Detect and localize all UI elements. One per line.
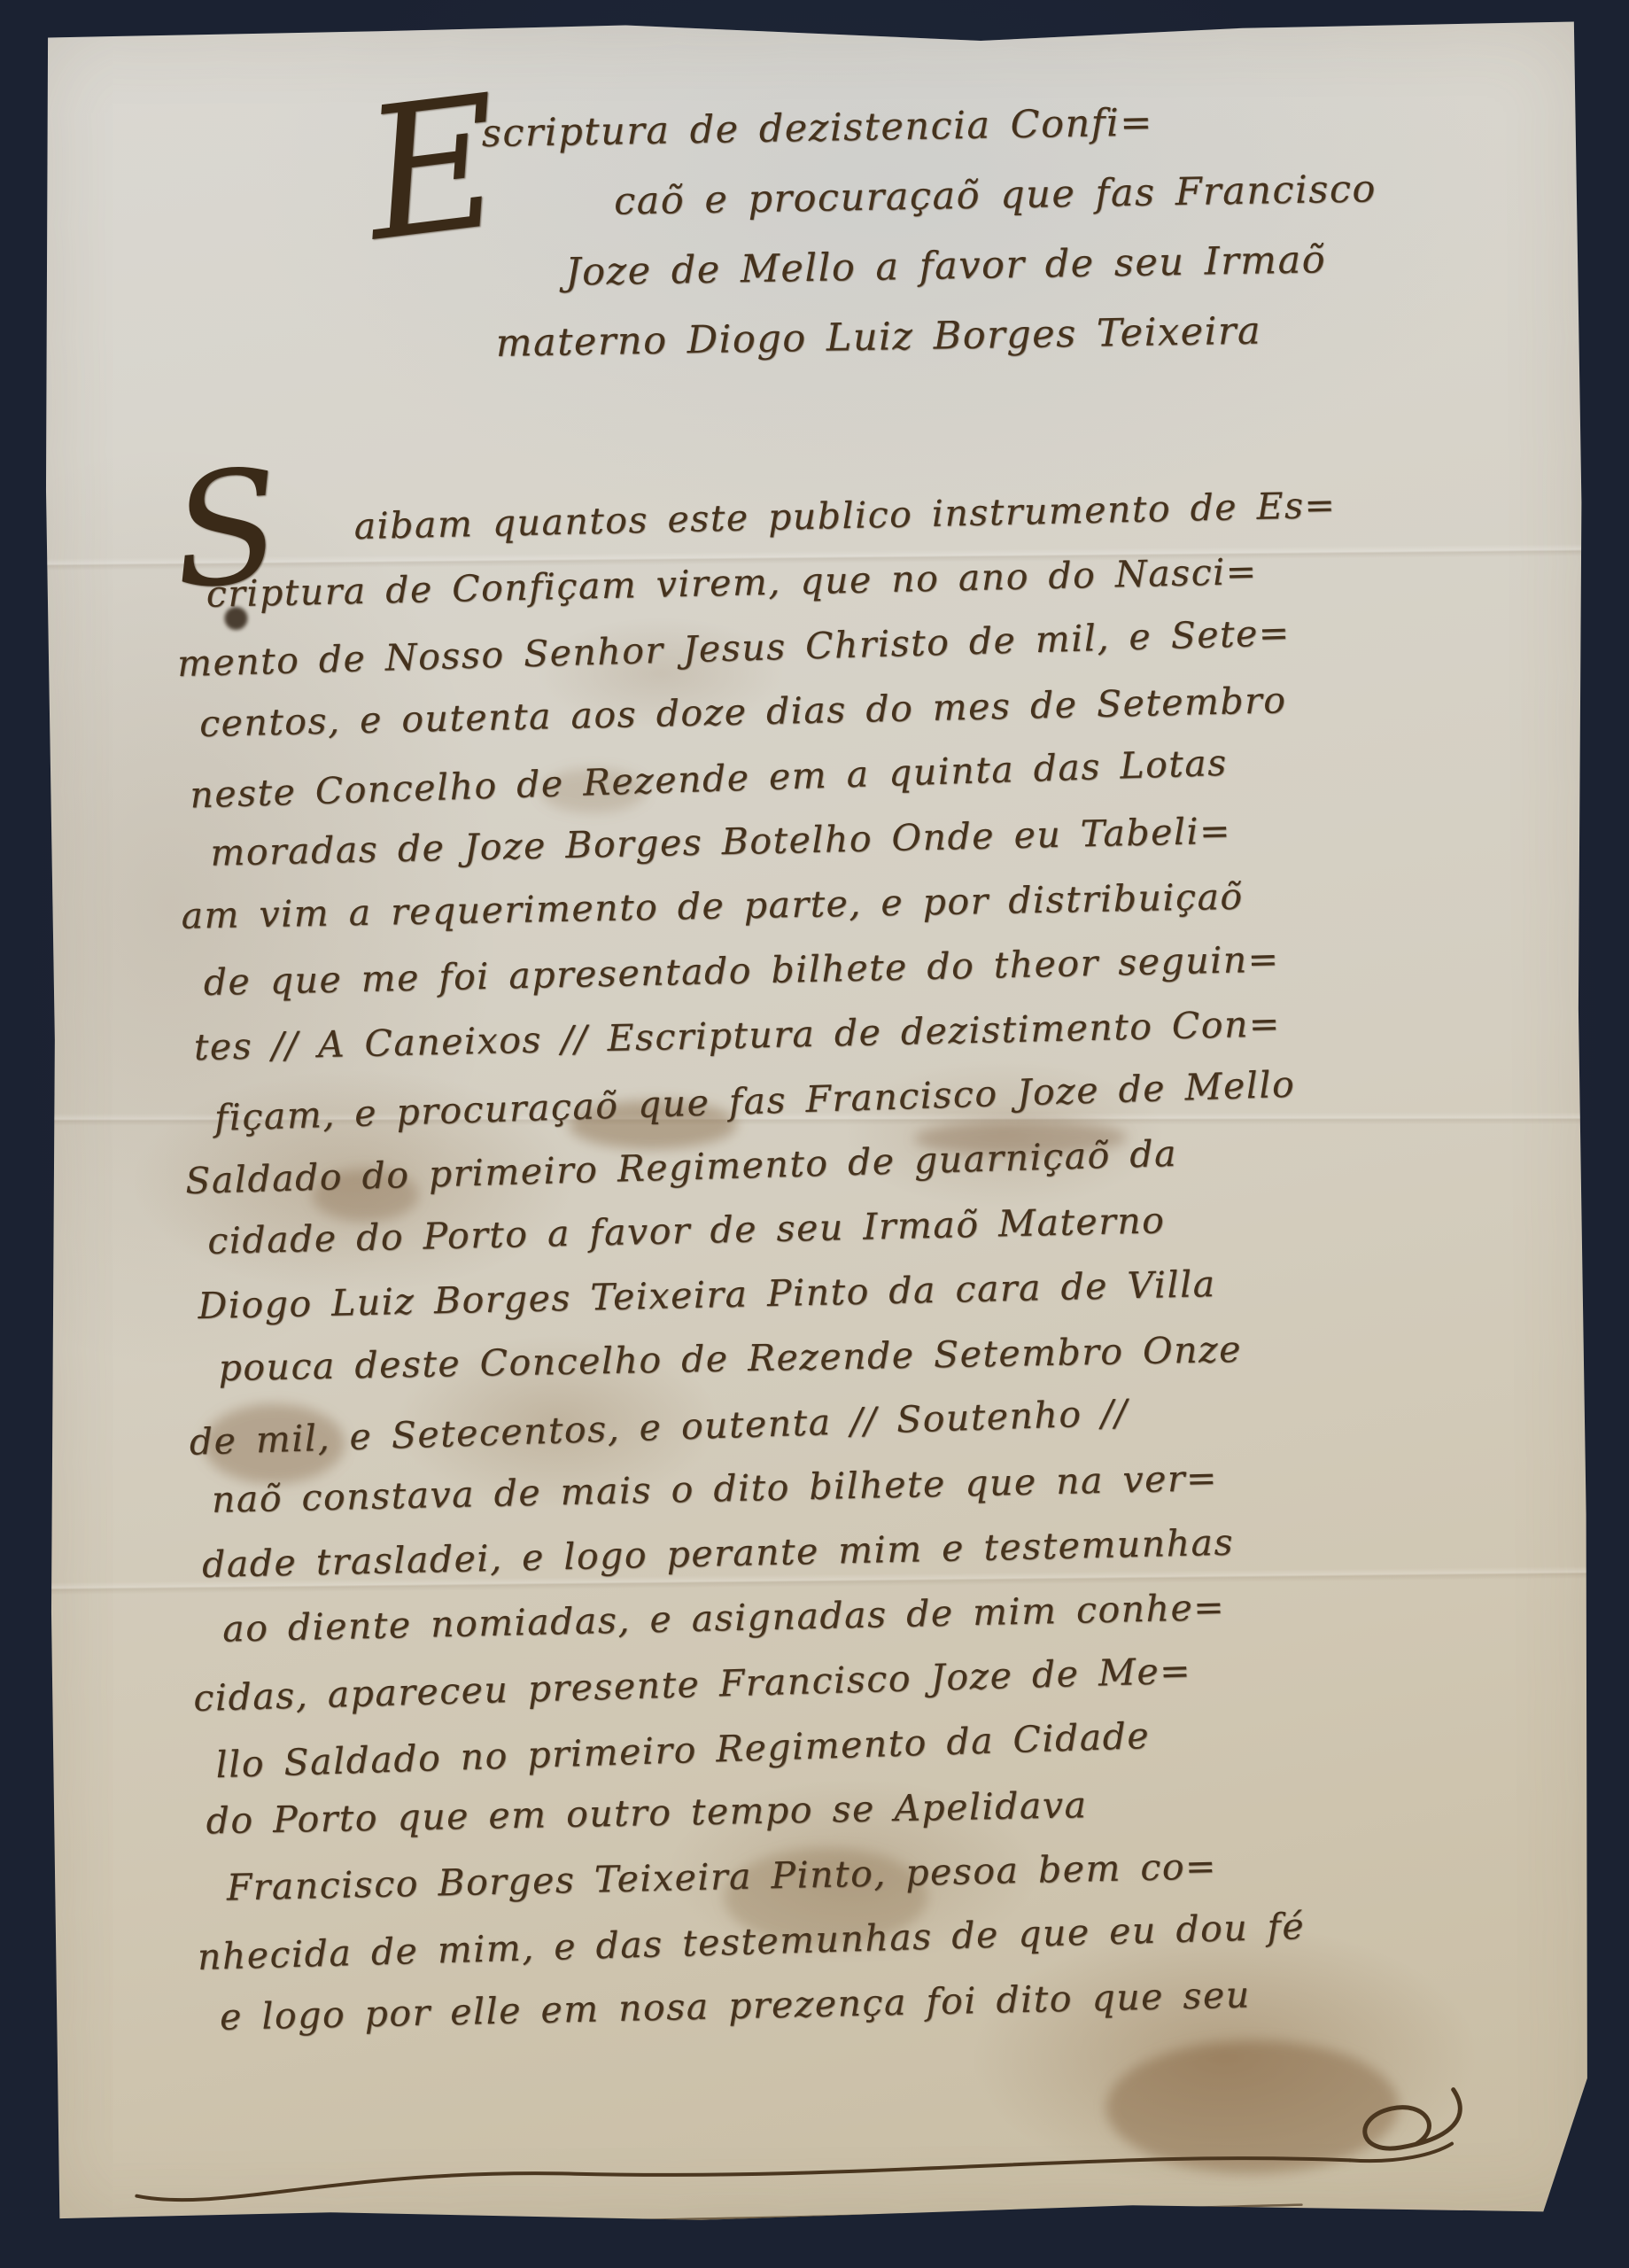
document-body: S aibam quantos este publico instrumento… <box>157 484 1563 2057</box>
document-heading: E scriptura de dezistencia Confi= caõ e … <box>481 96 1460 392</box>
heading-line: materno Diogo Luiz Borges Teixeira <box>495 306 1460 392</box>
manuscript-page: E scriptura de dezistencia Confi= caõ e … <box>39 19 1595 2229</box>
heading-drop-cap: E <box>357 72 512 268</box>
flourish-rule <box>113 2054 1514 2232</box>
flourish-loop <box>1365 2090 1461 2149</box>
